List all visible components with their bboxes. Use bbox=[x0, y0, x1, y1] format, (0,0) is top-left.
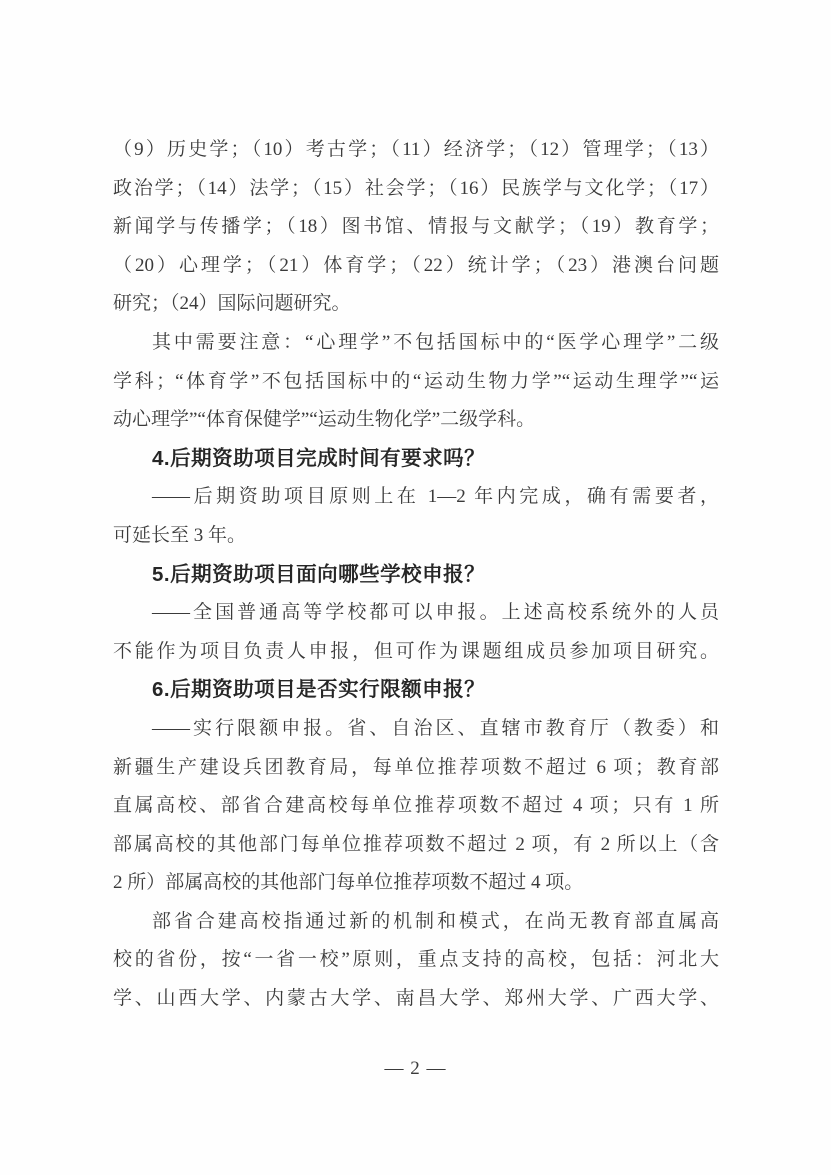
document-page: （9）历史学；（10）考古学；（11）经济学；（12）管理学；（13）政治学；（… bbox=[0, 0, 831, 1175]
text-line: 可延长至 3 年。 bbox=[113, 517, 719, 556]
text-line: 动心理学”“体育保健学”“运动生物化学”二级学科。 bbox=[113, 401, 719, 440]
question-heading: 5.后期资助项目面向哪些学校申报？ bbox=[113, 556, 719, 595]
document-body: （9）历史学；（10）考古学；（11）经济学；（12）管理学；（13）政治学；（… bbox=[113, 131, 719, 1019]
text-line: ——全国普通高等学校都可以申报。上述高校系统外的人员 bbox=[113, 594, 719, 633]
text-line: 部省合建高校指通过新的机制和模式，在尚无教育部直属高 bbox=[113, 903, 719, 942]
text-line: ——后期资助项目原则上在 1—2 年内完成，确有需要者， bbox=[113, 478, 719, 517]
text-line: ——实行限额申报。省、自治区、直辖市教育厅（教委）和 bbox=[113, 710, 719, 749]
text-line: 2 所）部属高校的其他部门每单位推荐项数不超过 4 项。 bbox=[113, 864, 719, 903]
text-line: 新闻学与传播学；（18）图书馆、情报与文献学；（19）教育学； bbox=[113, 208, 719, 247]
text-line: （20）心理学；（21）体育学；（22）统计学；（23）港澳台问题 bbox=[113, 247, 719, 286]
page-number: — 2 — bbox=[0, 1058, 831, 1080]
text-line: 部属高校的其他部门每单位推荐项数不超过 2 项，有 2 所以上（含 bbox=[113, 826, 719, 865]
text-line: 新疆生产建设兵团教育局，每单位推荐项数不超过 6 项；教育部 bbox=[113, 749, 719, 788]
text-line: （9）历史学；（10）考古学；（11）经济学；（12）管理学；（13） bbox=[113, 131, 719, 170]
text-line: 研究；（24）国际问题研究。 bbox=[113, 285, 719, 324]
text-line: 其中需要注意：“心理学”不包括国标中的“医学心理学”二级 bbox=[113, 324, 719, 363]
text-line: 直属高校、部省合建高校每单位推荐项数不超过 4 项；只有 1 所 bbox=[113, 787, 719, 826]
text-line: 学、山西大学、内蒙古大学、南昌大学、郑州大学、广西大学、 bbox=[113, 980, 719, 1019]
question-heading: 4.后期资助项目完成时间有要求吗？ bbox=[113, 440, 719, 479]
text-line: 政治学；（14）法学；（15）社会学；（16）民族学与文化学；（17） bbox=[113, 170, 719, 209]
text-line: 校的省份，按“一省一校”原则，重点支持的高校，包括：河北大 bbox=[113, 941, 719, 980]
text-line: 学科；“体育学”不包括国标中的“运动生物力学”“运动生理学”“运 bbox=[113, 363, 719, 402]
question-heading: 6.后期资助项目是否实行限额申报？ bbox=[113, 671, 719, 710]
text-line: 不能作为项目负责人申报，但可作为课题组成员参加项目研究。 bbox=[113, 633, 719, 672]
